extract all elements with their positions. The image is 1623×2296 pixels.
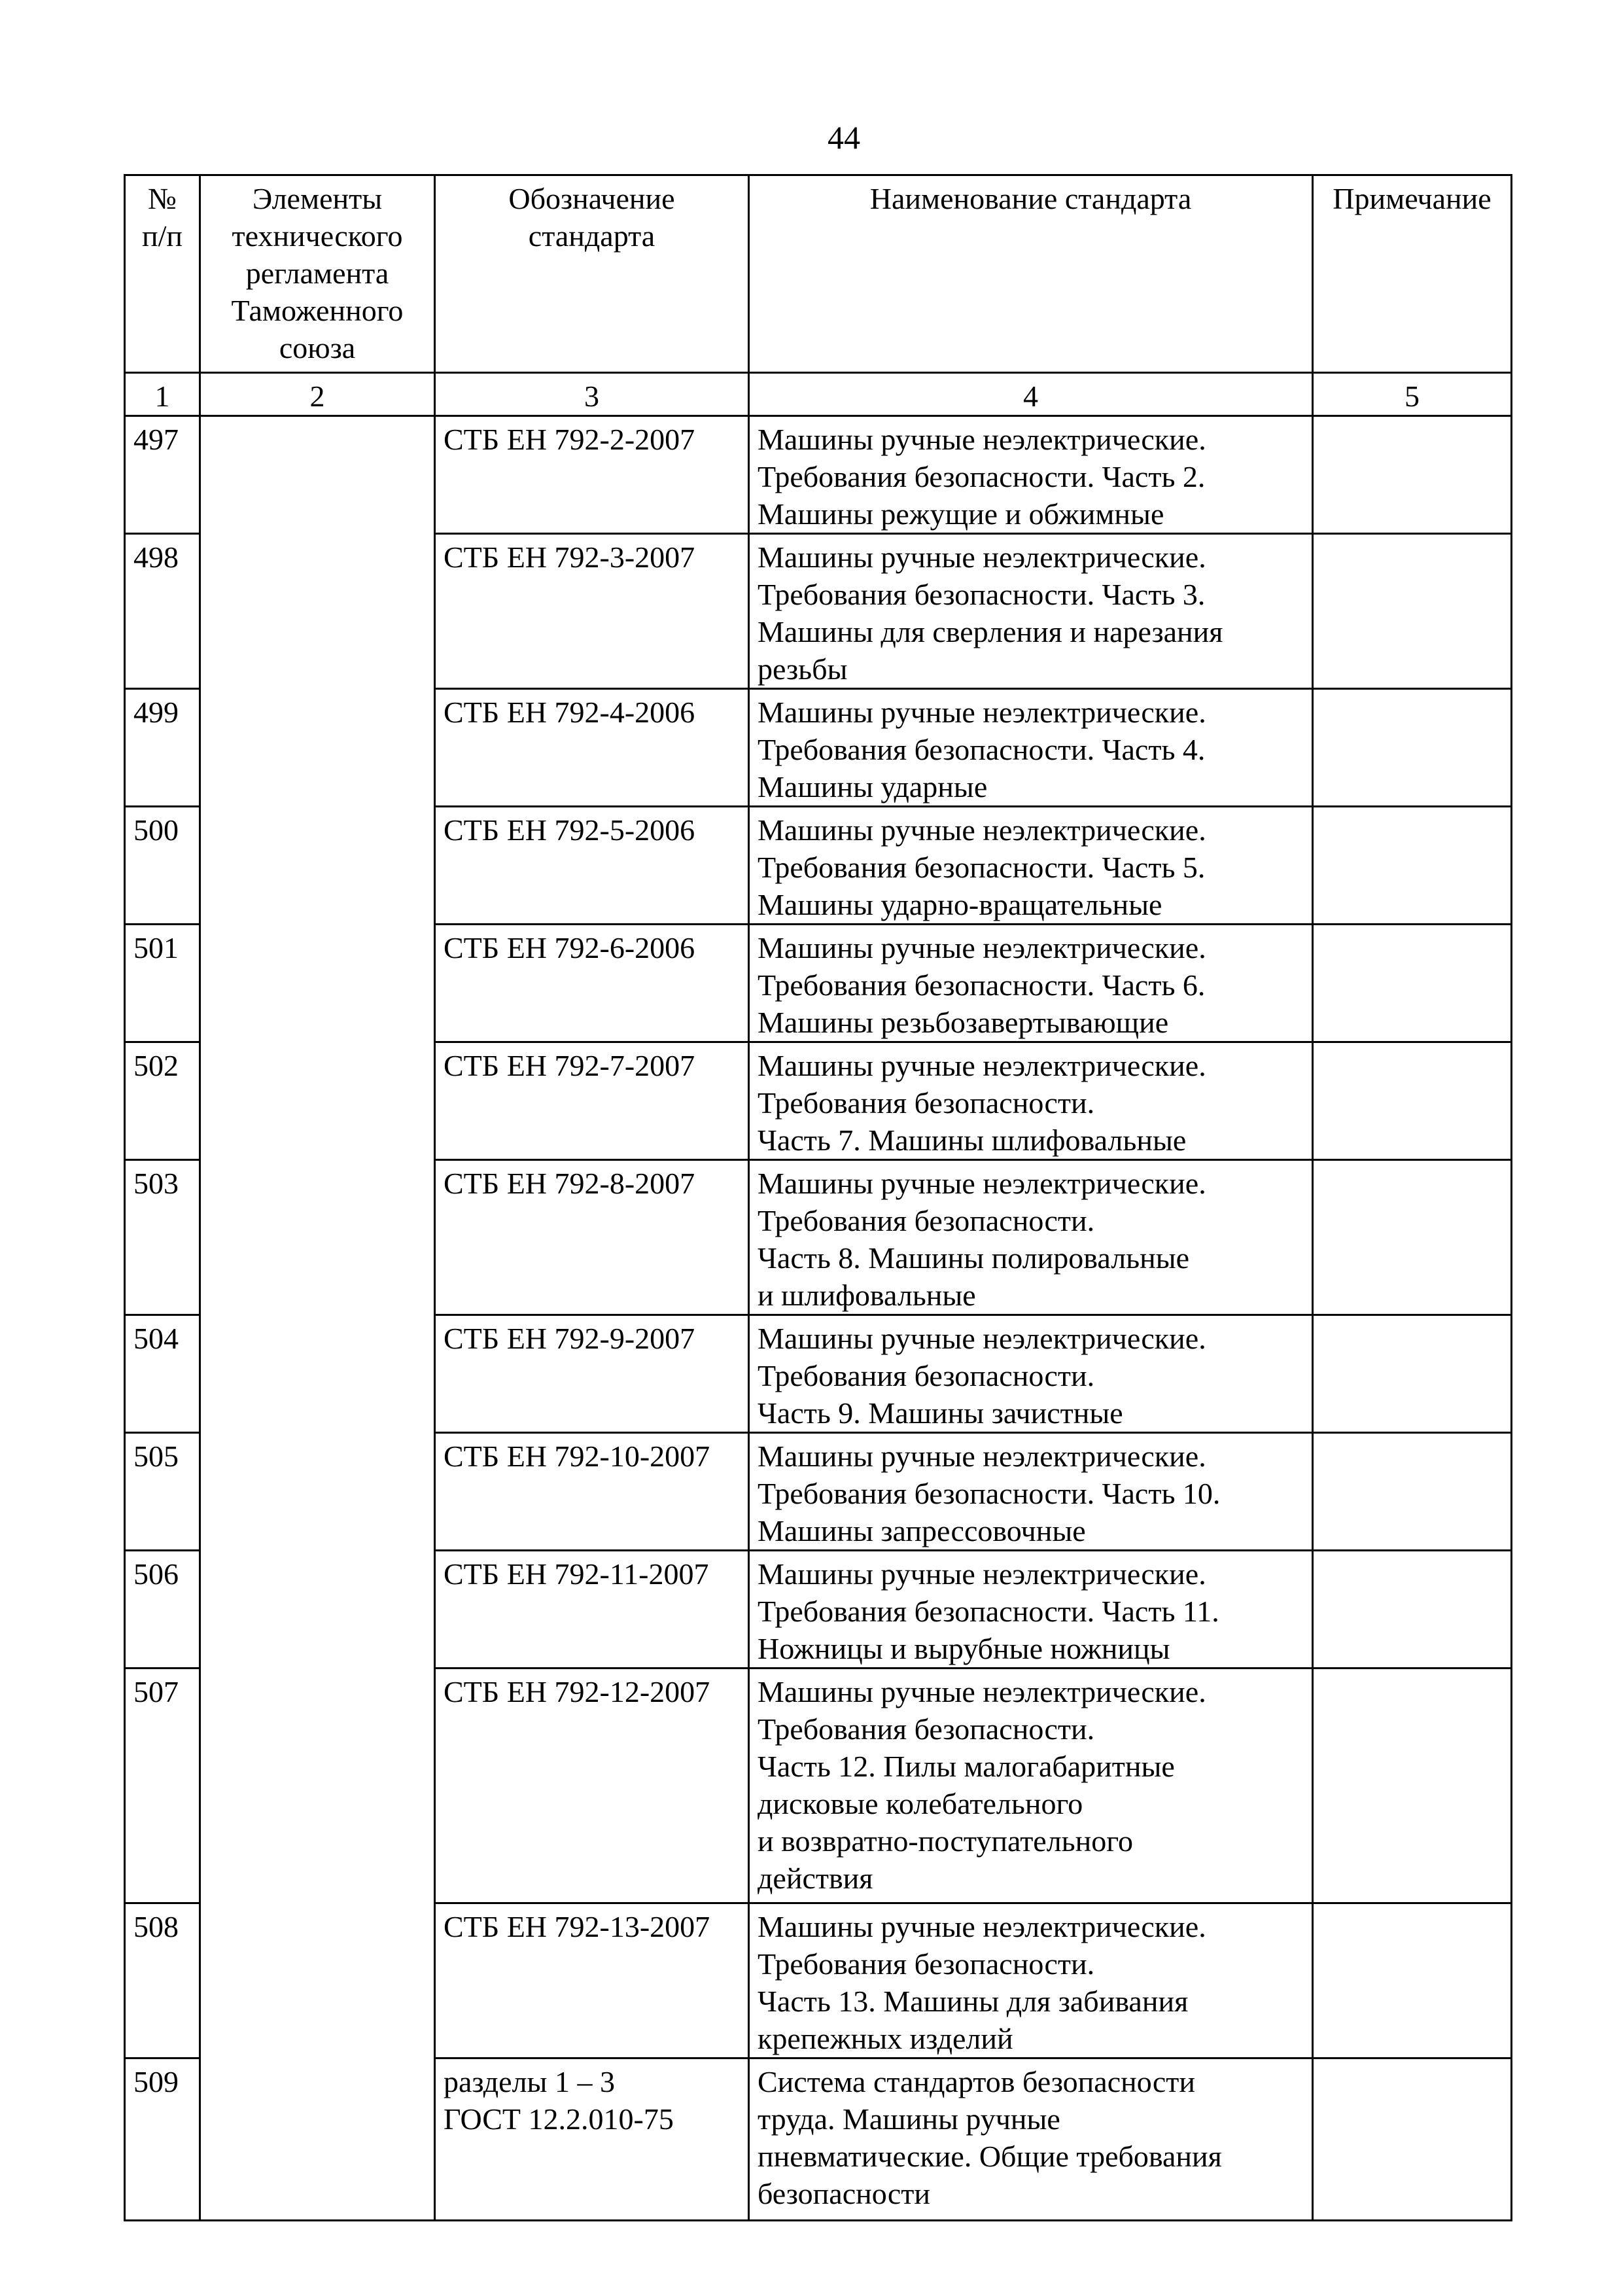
row-number: 498: [125, 534, 200, 689]
row-number: 502: [125, 1042, 200, 1160]
cell-text: Машины ручные неэлектрические.Требования…: [758, 1673, 1304, 1897]
cell-text: разделы 1 – 3ГОСТ 12.2.010-75: [444, 2063, 740, 2138]
note-cell: [1313, 807, 1512, 925]
row-number: 503: [125, 1160, 200, 1315]
standard-name-cell: Машины ручные неэлектрические.Требования…: [749, 1042, 1313, 1160]
table-body: 497СТБ ЕН 792-2-2007Машины ручные неэлек…: [125, 416, 1512, 2221]
note-cell: [1313, 1669, 1512, 1903]
note-cell: [1313, 689, 1512, 807]
cell-text: Машины ручные неэлектрические.Требования…: [758, 1165, 1304, 1314]
row-number: 501: [125, 925, 200, 1042]
cell-text: Система стандартов безопасноститруда. Ма…: [758, 2063, 1304, 2212]
standard-name-cell: Машины ручные неэлектрические.Требования…: [749, 534, 1313, 689]
standard-name-cell: Машины ручные неэлектрические.Требования…: [749, 1903, 1313, 2058]
cell-text: Машины ручные неэлектрические.Требования…: [758, 1320, 1304, 1432]
elements-cell: [200, 416, 435, 2221]
standard-name-cell: Машины ручные неэлектрические.Требования…: [749, 689, 1313, 807]
cell-text: Машины ручные неэлектрические.Требования…: [758, 811, 1304, 923]
cell-text: Машины ручные неэлектрические.Требования…: [758, 694, 1304, 805]
note-cell: [1313, 2058, 1512, 2221]
cell-text: СТБ ЕН 792-13-2007: [444, 1908, 740, 1945]
column-number: 1: [125, 373, 200, 416]
cell-text: Машины ручные неэлектрические.Требования…: [758, 929, 1304, 1041]
designation-cell: СТБ ЕН 792-11-2007: [435, 1551, 749, 1669]
header-number: №п/п: [125, 175, 200, 373]
designation-cell: СТБ ЕН 792-4-2006: [435, 689, 749, 807]
cell-text: ЭлементытехническогорегламентаТаможенног…: [209, 180, 426, 366]
cell-text: СТБ ЕН 792-9-2007: [444, 1320, 740, 1357]
cell-text: СТБ ЕН 792-11-2007: [444, 1555, 740, 1593]
cell-text: Примечание: [1321, 180, 1503, 217]
designation-cell: СТБ ЕН 792-3-2007: [435, 534, 749, 689]
row-number: 497: [125, 416, 200, 534]
designation-cell: СТБ ЕН 792-10-2007: [435, 1433, 749, 1551]
standard-name-cell: Система стандартов безопасноститруда. Ма…: [749, 2058, 1313, 2221]
row-number: 506: [125, 1551, 200, 1669]
standard-name-cell: Машины ручные неэлектрические.Требования…: [749, 1551, 1313, 1669]
cell-text: СТБ ЕН 792-5-2006: [444, 811, 740, 849]
table-row: 497СТБ ЕН 792-2-2007Машины ручные неэлек…: [125, 416, 1512, 534]
cell-text: СТБ ЕН 792-3-2007: [444, 539, 740, 576]
column-number-row: 1 2 3 4 5: [125, 373, 1512, 416]
row-number: 504: [125, 1315, 200, 1433]
cell-text: Машины ручные неэлектрические.Требования…: [758, 1047, 1304, 1159]
header-note: Примечание: [1313, 175, 1512, 373]
cell-text: Машины ручные неэлектрические.Требования…: [758, 1555, 1304, 1667]
cell-text: СТБ ЕН 792-7-2007: [444, 1047, 740, 1084]
cell-text: СТБ ЕН 792-6-2006: [444, 929, 740, 966]
standards-table: №п/п ЭлементытехническогорегламентаТамож…: [124, 174, 1512, 2221]
note-cell: [1313, 925, 1512, 1042]
column-number: 4: [749, 373, 1313, 416]
standard-name-cell: Машины ручные неэлектрические.Требования…: [749, 416, 1313, 534]
page-number: 44: [811, 118, 877, 157]
note-cell: [1313, 1042, 1512, 1160]
note-cell: [1313, 1433, 1512, 1551]
designation-cell: разделы 1 – 3ГОСТ 12.2.010-75: [435, 2058, 749, 2221]
note-cell: [1313, 1315, 1512, 1433]
note-cell: [1313, 1160, 1512, 1315]
column-number: 2: [200, 373, 435, 416]
column-number: 5: [1313, 373, 1512, 416]
row-number: 507: [125, 1669, 200, 1903]
cell-text: №п/п: [133, 180, 191, 255]
cell-text: Машины ручные неэлектрические.Требования…: [758, 1438, 1304, 1549]
note-cell: [1313, 416, 1512, 534]
note-cell: [1313, 1903, 1512, 2058]
standard-name-cell: Машины ручные неэлектрические.Требования…: [749, 807, 1313, 925]
header-designation: Обозначениестандарта: [435, 175, 749, 373]
row-number: 508: [125, 1903, 200, 2058]
cell-text: СТБ ЕН 792-12-2007: [444, 1673, 740, 1710]
cell-text: СТБ ЕН 792-2-2007: [444, 421, 740, 458]
designation-cell: СТБ ЕН 792-5-2006: [435, 807, 749, 925]
cell-text: Наименование стандарта: [758, 180, 1304, 217]
designation-cell: СТБ ЕН 792-9-2007: [435, 1315, 749, 1433]
header-row: №п/п ЭлементытехническогорегламентаТамож…: [125, 175, 1512, 373]
row-number: 505: [125, 1433, 200, 1551]
cell-text: СТБ ЕН 792-10-2007: [444, 1438, 740, 1475]
standard-name-cell: Машины ручные неэлектрические.Требования…: [749, 1315, 1313, 1433]
standard-name-cell: Машины ручные неэлектрические.Требования…: [749, 1160, 1313, 1315]
row-number: 500: [125, 807, 200, 925]
standard-name-cell: Машины ручные неэлектрические.Требования…: [749, 1669, 1313, 1903]
header-name: Наименование стандарта: [749, 175, 1313, 373]
cell-text: Машины ручные неэлектрические.Требования…: [758, 421, 1304, 533]
cell-text: СТБ ЕН 792-4-2006: [444, 694, 740, 731]
note-cell: [1313, 534, 1512, 689]
standard-name-cell: Машины ручные неэлектрические.Требования…: [749, 1433, 1313, 1551]
designation-cell: СТБ ЕН 792-12-2007: [435, 1669, 749, 1903]
header-elements: ЭлементытехническогорегламентаТаможенног…: [200, 175, 435, 373]
cell-text: Машины ручные неэлектрические.Требования…: [758, 539, 1304, 688]
cell-text: СТБ ЕН 792-8-2007: [444, 1165, 740, 1202]
standard-name-cell: Машины ручные неэлектрические.Требования…: [749, 925, 1313, 1042]
row-number: 499: [125, 689, 200, 807]
cell-text: Обозначениестандарта: [444, 180, 740, 255]
designation-cell: СТБ ЕН 792-13-2007: [435, 1903, 749, 2058]
designation-cell: СТБ ЕН 792-8-2007: [435, 1160, 749, 1315]
note-cell: [1313, 1551, 1512, 1669]
designation-cell: СТБ ЕН 792-7-2007: [435, 1042, 749, 1160]
column-number: 3: [435, 373, 749, 416]
row-number: 509: [125, 2058, 200, 2221]
cell-text: Машины ручные неэлектрические.Требования…: [758, 1908, 1304, 2057]
designation-cell: СТБ ЕН 792-2-2007: [435, 416, 749, 534]
designation-cell: СТБ ЕН 792-6-2006: [435, 925, 749, 1042]
